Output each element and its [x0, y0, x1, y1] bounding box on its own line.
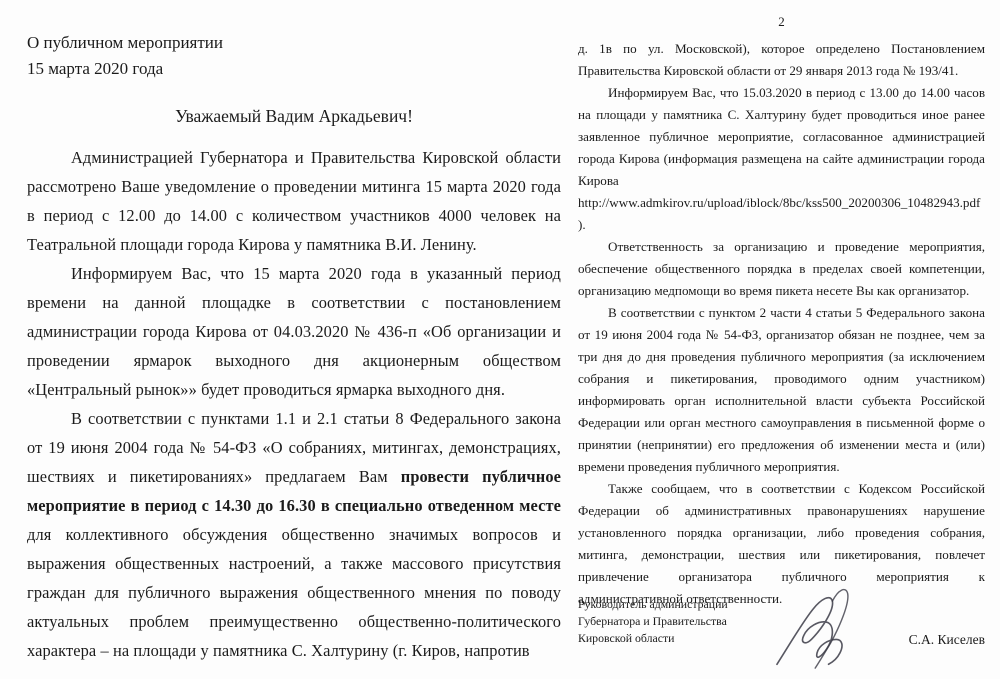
handwritten-signature	[764, 584, 874, 670]
signer-name: С.А. Киселев	[909, 632, 985, 648]
signer-title-line-3: Кировской области	[578, 630, 750, 647]
salutation: Уважаемый Вадим Аркадьевич!	[27, 106, 561, 127]
page-2: 2 д. 1в по ул. Московской), которое опре…	[578, 14, 985, 610]
reference-subject: О публичном мероприятии	[27, 30, 561, 56]
page-1-body: Администрацией Губернатора и Правительст…	[27, 143, 561, 665]
paragraph-1: Администрацией Губернатора и Правительст…	[27, 143, 561, 259]
page-1: О публичном мероприятии 15 марта 2020 го…	[27, 30, 561, 665]
signature-block: Руководитель администрации Губернатора и…	[578, 596, 985, 670]
paragraph-3: В соответствии с пунктами 1.1 и 2.1 стат…	[27, 404, 561, 665]
paragraph-6: В соответствии с пунктом 2 части 4 стать…	[578, 302, 985, 478]
paragraph-5: Ответственность за организацию и проведе…	[578, 236, 985, 302]
scanned-letter: { "document": { "page1": { "ref_line1": …	[0, 0, 1000, 679]
paragraph-3-end: для коллективного обсуждения общественно…	[27, 525, 561, 660]
paragraph-4: Информируем Вас, что 15.03.2020 в период…	[578, 82, 985, 236]
signer-title-line-2: Губернатора и Правительства	[578, 613, 750, 630]
signer-title: Руководитель администрации Губернатора и…	[578, 596, 750, 647]
reference-date: 15 марта 2020 года	[27, 56, 561, 82]
signer-title-line-1: Руководитель администрации	[578, 596, 750, 613]
page-2-body: д. 1в по ул. Московской), которое опреде…	[578, 38, 985, 610]
page-number: 2	[578, 14, 985, 30]
paragraph-3-continuation: д. 1в по ул. Московской), которое опреде…	[578, 38, 985, 82]
reference-block: О публичном мероприятии 15 марта 2020 го…	[27, 30, 561, 82]
paragraph-2: Информируем Вас, что 15 марта 2020 года …	[27, 259, 561, 404]
